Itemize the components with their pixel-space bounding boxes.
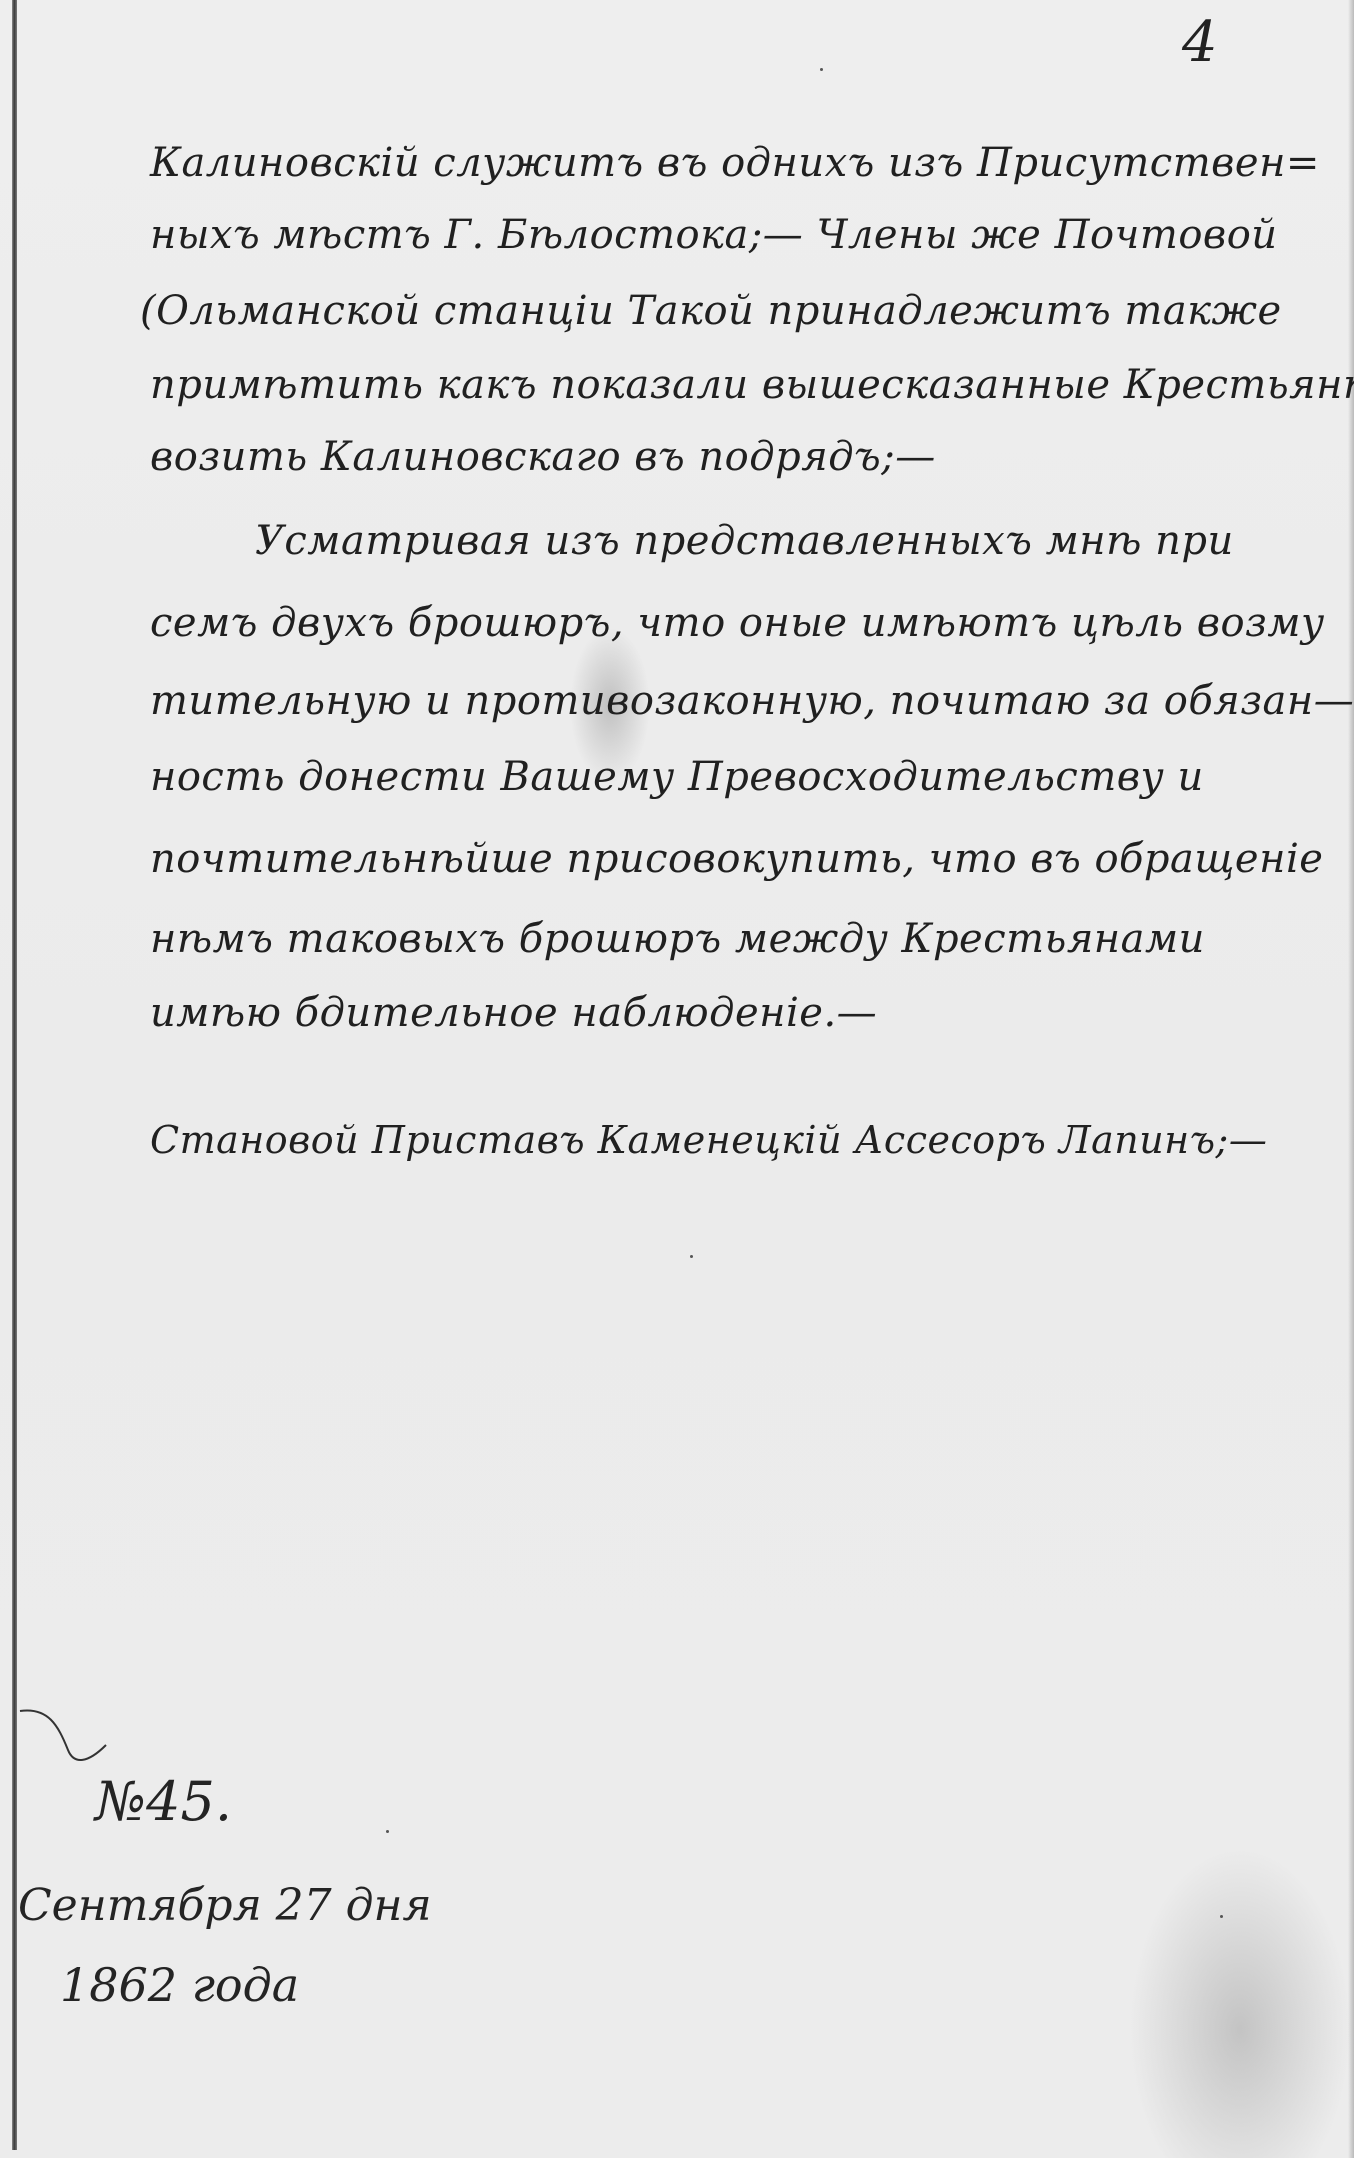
body-line-6: Усматривая изъ представленныхъ мнѣ при [255,518,1234,564]
body-line-12: имѣю бдительное наблюденiе.— [150,990,877,1036]
document-page: 4 Калиновскiй служитъ въ однихъ изъ Прис… [0,0,1354,2158]
paper-speck [386,1830,389,1833]
paper-speck [690,1255,693,1258]
paper-speck [820,68,823,71]
page-number: 4 [1182,10,1218,75]
body-line-10: почтительнѣйше присовокупить, что въ обр… [150,836,1323,882]
margin-year: 1862 года [60,1958,299,2012]
margin-rule-line [12,0,17,2150]
margin-register-number: №45. [95,1770,232,1833]
body-line-5: возить Калиновскаго въ подрядъ;— [150,434,936,480]
body-line-4: примѣтить какъ показали вышесказанные Кр… [150,362,1354,408]
body-line-1: Калиновскiй служитъ въ однихъ изъ Присут… [150,140,1320,186]
body-line-11: нѣмъ таковыхъ брошюръ между Крестьянами [150,916,1205,962]
signature-line: Становой Приставъ Каменецкiй Ассесоръ Ла… [150,1118,1267,1162]
body-line-8: тительную и противозаконную, почитаю за … [150,678,1354,724]
margin-flourish-icon [18,1705,108,1775]
body-line-9: ность донести Вашему Превосходительству … [150,754,1204,800]
paper-speck [1220,1915,1223,1918]
body-line-3: (Ольманской станцiи Такой принадлежитъ т… [140,288,1282,334]
margin-date: Сентября 27 дня [18,1880,432,1931]
page-edge-shadow [1348,0,1354,2158]
body-line-7: семъ двухъ брошюръ, что оные имѣютъ цѣль… [150,600,1325,646]
body-line-2: ныхъ мѣстъ Г. Бѣлостока;— Члены же Почто… [150,212,1278,258]
